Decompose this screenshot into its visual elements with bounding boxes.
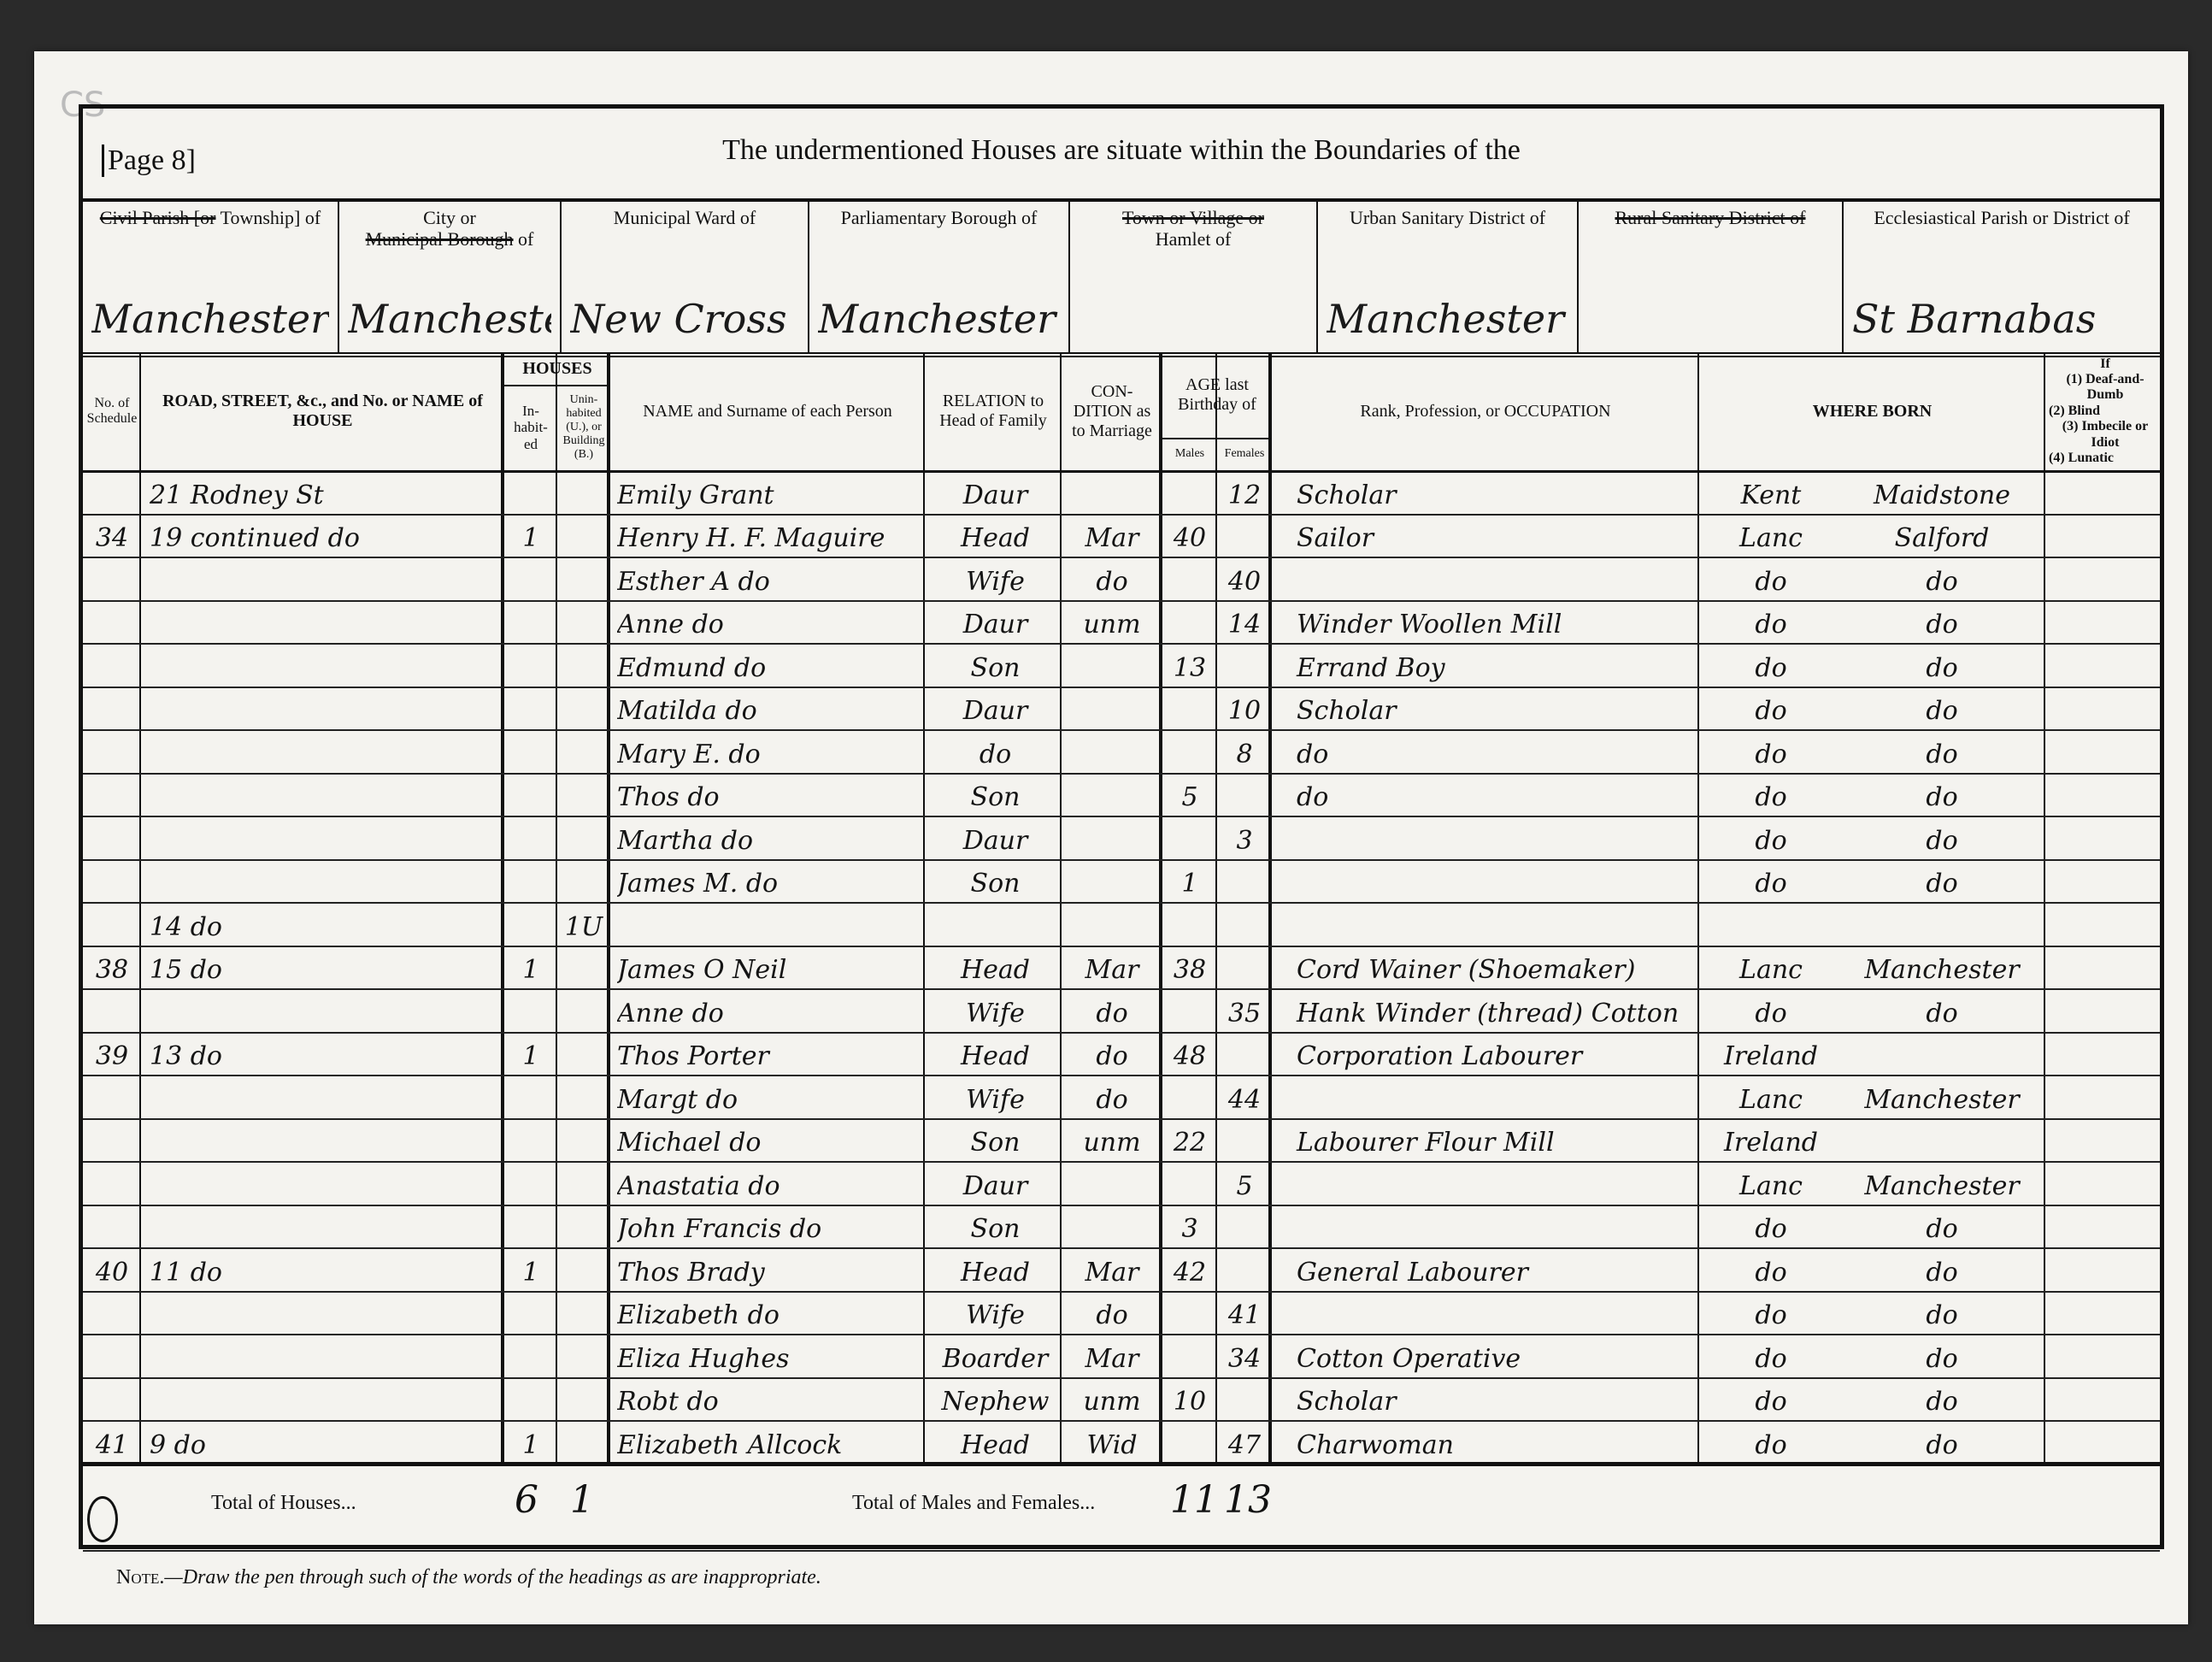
cell-schedule: 39 xyxy=(83,1032,141,1076)
note-prefix: Note. xyxy=(116,1566,164,1588)
cell-name: Thos do xyxy=(617,773,925,816)
total-inhabited: 6 xyxy=(515,1478,538,1522)
cell-name: Anne do xyxy=(617,988,925,1032)
table-row: John Francis doSon3dodo xyxy=(83,1205,2160,1250)
cell-street: 11 do xyxy=(150,1247,500,1291)
cell-condition xyxy=(1062,859,1162,903)
cell-condition: unm xyxy=(1062,1118,1162,1162)
header-females: Females xyxy=(1217,438,1272,470)
cell-born-county: do xyxy=(1707,687,1835,730)
cell-schedule: 40 xyxy=(83,1247,141,1291)
cell-occupation: do xyxy=(1280,729,1698,773)
cell-relation: Wife xyxy=(929,988,1062,1032)
cell-occupation: Scholar xyxy=(1280,687,1698,730)
admin-ward: Municipal Ward of New Cross xyxy=(562,198,809,352)
cell-born-place: do xyxy=(1844,643,2040,687)
cell-occupation xyxy=(1280,816,1698,859)
cell-name: Elizabeth do xyxy=(617,1291,925,1335)
cell-street xyxy=(150,643,500,687)
cell-relation: Head xyxy=(929,514,1062,557)
cell-condition xyxy=(1062,816,1162,859)
table-row: 14 do1U xyxy=(83,902,2160,947)
cell-name: Mary E. do xyxy=(617,729,925,773)
cell-male: 48 xyxy=(1162,1032,1217,1076)
cell-female: 35 xyxy=(1217,988,1272,1032)
cell-occupation xyxy=(1280,1161,1698,1205)
cell-street: 14 do xyxy=(150,902,500,946)
cell-born-county xyxy=(1707,902,1835,946)
cell-born-county: do xyxy=(1707,600,1835,644)
cell-male: 10 xyxy=(1162,1377,1217,1421)
header-occupation: Rank, Profession, or OCCUPATION xyxy=(1272,352,1699,470)
cell-female xyxy=(1217,946,1272,989)
struck-heading: Town or Village or xyxy=(1122,207,1264,228)
cell-female xyxy=(1217,1377,1272,1421)
cell-male: 40 xyxy=(1162,514,1217,557)
cell-name: Robt do xyxy=(617,1377,925,1421)
cell-relation: Boarder xyxy=(929,1334,1062,1377)
cell-born-place: Manchester xyxy=(1844,1075,2040,1118)
cell-relation xyxy=(929,902,1062,946)
cell-condition xyxy=(1062,773,1162,816)
cell-schedule xyxy=(83,1291,141,1335)
admin-heading: Municipal Ward of xyxy=(562,198,808,228)
table-header: No. of Schedule ROAD, STREET, &c., and N… xyxy=(83,352,2160,473)
admin-parliamentary-borough: Parliamentary Borough of Manchester xyxy=(809,198,1070,352)
cell-occupation: Scholar xyxy=(1280,1377,1698,1421)
admin-value: Manchester xyxy=(91,296,329,342)
cell-born-county: do xyxy=(1707,1377,1835,1421)
cell-female: 40 xyxy=(1217,557,1272,600)
cell-uninhabited xyxy=(557,859,610,903)
cell-female xyxy=(1217,1247,1272,1291)
cell-schedule xyxy=(83,1334,141,1377)
table-row: 419 do1Elizabeth AllcockHeadWid47Charwom… xyxy=(83,1420,2160,1465)
cell-schedule xyxy=(83,1118,141,1162)
cell-male xyxy=(1162,1075,1217,1118)
cell-male xyxy=(1162,1291,1217,1335)
cell-female xyxy=(1217,773,1272,816)
total-males: 11 xyxy=(1170,1478,1218,1522)
cell-born-place: Salford xyxy=(1844,514,2040,557)
cell-inhabited: 1 xyxy=(504,1032,557,1076)
cell-inhabited xyxy=(504,1161,557,1205)
cell-relation: Daur xyxy=(929,816,1062,859)
cell-born-county: Lanc xyxy=(1707,1161,1835,1205)
cell-street xyxy=(150,1118,500,1162)
cell-uninhabited xyxy=(557,988,610,1032)
cell-born-county: do xyxy=(1707,557,1835,600)
cell-condition: unm xyxy=(1062,600,1162,644)
total-females: 13 xyxy=(1224,1478,1272,1522)
note-text: —Draw the pen through such of the words … xyxy=(164,1566,821,1588)
infirmity-lunatic: (4) Lunatic xyxy=(2049,451,2114,466)
cell-occupation: Cord Wainer (Shoemaker) xyxy=(1280,946,1698,989)
cell-born-place: Maidstone xyxy=(1844,470,2040,514)
cell-born-place: do xyxy=(1844,1420,2040,1464)
cell-uninhabited: 1U xyxy=(557,902,610,946)
cell-male xyxy=(1162,600,1217,644)
table-row: 3815 do1James O NeilHeadMar38Cord Wainer… xyxy=(83,946,2160,991)
cell-condition xyxy=(1062,1161,1162,1205)
cell-uninhabited xyxy=(557,470,610,514)
cell-born-county: Lanc xyxy=(1707,514,1835,557)
cell-name: James M. do xyxy=(617,859,925,903)
cell-born-place: do xyxy=(1844,600,2040,644)
cell-schedule xyxy=(83,687,141,730)
total-persons-label: Total of Males and Females... xyxy=(852,1492,1095,1515)
cell-schedule xyxy=(83,816,141,859)
admin-heading: of xyxy=(514,228,534,250)
cell-name: Edmund do xyxy=(617,643,925,687)
cell-male: 1 xyxy=(1162,859,1217,903)
cell-female: 3 xyxy=(1217,816,1272,859)
table-row: Anastatia doDaur5LancManchester xyxy=(83,1161,2160,1206)
cell-name: James O Neil xyxy=(617,946,925,989)
cell-born-county: do xyxy=(1707,988,1835,1032)
table-row: Esther A doWifedo40dodo xyxy=(83,557,2160,602)
cell-inhabited xyxy=(504,1334,557,1377)
cell-relation: Daur xyxy=(929,470,1062,514)
header-houses: HOUSES xyxy=(504,352,610,385)
header-condition: CON-DITION as to Marriage xyxy=(1062,352,1162,470)
cell-female: 44 xyxy=(1217,1075,1272,1118)
cell-name: Thos Porter xyxy=(617,1032,925,1076)
cell-female xyxy=(1217,514,1272,557)
cell-schedule xyxy=(83,470,141,514)
cell-born-place: do xyxy=(1844,859,2040,903)
table-row: 3419 continued do1Henry H. F. MaguireHea… xyxy=(83,514,2160,559)
cell-uninhabited xyxy=(557,1420,610,1464)
cell-uninhabited xyxy=(557,816,610,859)
cell-schedule xyxy=(83,1377,141,1421)
table-row: Anne doWifedo35Hank Winder (thread) Cott… xyxy=(83,988,2160,1034)
cell-born-place xyxy=(1844,902,2040,946)
cell-street xyxy=(150,988,500,1032)
cell-condition xyxy=(1062,470,1162,514)
cell-relation: Daur xyxy=(929,1161,1062,1205)
cell-schedule: 41 xyxy=(83,1420,141,1464)
cell-name: Margt do xyxy=(617,1075,925,1118)
cell-born-county: Ireland xyxy=(1707,1118,1835,1162)
cell-schedule: 38 xyxy=(83,946,141,989)
cell-street: 9 do xyxy=(150,1420,500,1464)
header-infirmity: If (1) Deaf-and-Dumb (2) Blind (3) Imbec… xyxy=(2045,352,2165,470)
admin-town: Town or Village orHamlet of xyxy=(1070,198,1318,352)
admin-city: City orMunicipal Borough of Manchester xyxy=(339,198,562,352)
cell-condition: Wid xyxy=(1062,1420,1162,1464)
cell-occupation: Cotton Operative xyxy=(1280,1334,1698,1377)
cell-inhabited: 1 xyxy=(504,514,557,557)
cell-male: 3 xyxy=(1162,1205,1217,1248)
cell-male xyxy=(1162,902,1217,946)
table-row: Martha doDaur3dodo xyxy=(83,816,2160,861)
cell-male: 42 xyxy=(1162,1247,1217,1291)
cell-born-county: do xyxy=(1707,773,1835,816)
cell-born-place: do xyxy=(1844,988,2040,1032)
cell-born-county: Kent xyxy=(1707,470,1835,514)
cell-born-county: do xyxy=(1707,729,1835,773)
cell-born-place: Manchester xyxy=(1844,1161,2040,1205)
cell-inhabited xyxy=(504,729,557,773)
cell-name xyxy=(617,902,925,946)
header-uninhabited: Unin-habited (U.), or Building (B.) xyxy=(557,385,610,470)
total-uninhabited: 1 xyxy=(570,1478,594,1522)
cell-born-county: do xyxy=(1707,1205,1835,1248)
cell-uninhabited xyxy=(557,514,610,557)
cell-male xyxy=(1162,988,1217,1032)
cell-born-county: Lanc xyxy=(1707,1075,1835,1118)
cell-uninhabited xyxy=(557,600,610,644)
cell-inhabited xyxy=(504,859,557,903)
header-name: NAME and Surname of each Person xyxy=(610,352,925,470)
admin-urban-sanitary: Urban Sanitary District of Manchester xyxy=(1318,198,1579,352)
cell-born-place: do xyxy=(1844,816,2040,859)
table-row: Edmund doSon13Errand Boydodo xyxy=(83,643,2160,688)
census-form: Page 8] The undermentioned Houses are si… xyxy=(79,104,2164,1549)
cell-female: 5 xyxy=(1217,1161,1272,1205)
cell-male xyxy=(1162,557,1217,600)
cell-condition: unm xyxy=(1062,1377,1162,1421)
cell-schedule xyxy=(83,557,141,600)
footnote: Note.—Draw the pen through such of the w… xyxy=(116,1566,821,1589)
cell-female: 14 xyxy=(1217,600,1272,644)
cell-uninhabited xyxy=(557,1032,610,1076)
cell-born-place: do xyxy=(1844,1247,2040,1291)
table-row: Mary E. dodo8dododo xyxy=(83,729,2160,775)
admin-value: Manchester xyxy=(348,296,551,342)
cell-born-county: do xyxy=(1707,859,1835,903)
cell-schedule xyxy=(83,859,141,903)
cell-name: Matilda do xyxy=(617,687,925,730)
cell-condition: do xyxy=(1062,1075,1162,1118)
cell-occupation xyxy=(1280,859,1698,903)
admin-heading: Hamlet of xyxy=(1156,228,1232,250)
admin-civil-parish: Civil Parish [or Township] of Manchester xyxy=(83,198,339,352)
cell-condition: Mar xyxy=(1062,514,1162,557)
cell-born-county: do xyxy=(1707,816,1835,859)
table-row: Eliza HughesBoarderMar34Cotton Operative… xyxy=(83,1334,2160,1379)
admin-heading: Urban Sanitary District of xyxy=(1318,198,1577,228)
cell-inhabited: 1 xyxy=(504,1420,557,1464)
cell-street xyxy=(150,816,500,859)
header-males: Males xyxy=(1162,438,1217,470)
cell-inhabited xyxy=(504,687,557,730)
cell-born-county: Ireland xyxy=(1707,1032,1835,1076)
cell-name: Eliza Hughes xyxy=(617,1334,925,1377)
cell-female: 41 xyxy=(1217,1291,1272,1335)
admin-value: Manchester xyxy=(818,296,1060,342)
cell-condition: Mar xyxy=(1062,1334,1162,1377)
cell-street: 15 do xyxy=(150,946,500,989)
cell-schedule xyxy=(83,1161,141,1205)
cell-born-county: do xyxy=(1707,643,1835,687)
cell-female: 34 xyxy=(1217,1334,1272,1377)
cell-inhabited xyxy=(504,816,557,859)
cell-street xyxy=(150,557,500,600)
header-street: ROAD, STREET, &c., and No. or NAME of HO… xyxy=(141,352,504,470)
admin-heading: Township] of xyxy=(215,207,321,228)
cell-occupation xyxy=(1280,1291,1698,1335)
cell-uninhabited xyxy=(557,1075,610,1118)
cell-street: 21 Rodney St xyxy=(150,470,500,514)
cell-occupation: Corporation Labourer xyxy=(1280,1032,1698,1076)
cell-condition: Mar xyxy=(1062,1247,1162,1291)
cell-inhabited xyxy=(504,1075,557,1118)
cell-male xyxy=(1162,687,1217,730)
cell-born-place: do xyxy=(1844,773,2040,816)
cell-inhabited xyxy=(504,902,557,946)
cell-relation: Wife xyxy=(929,1075,1062,1118)
cell-female xyxy=(1217,643,1272,687)
admin-heading: Parliamentary Borough of xyxy=(809,198,1068,228)
cell-name: Anne do xyxy=(617,600,925,644)
cell-inhabited xyxy=(504,470,557,514)
cell-male xyxy=(1162,1334,1217,1377)
cell-uninhabited xyxy=(557,687,610,730)
admin-value: New Cross xyxy=(570,296,799,342)
table-row: Michael doSonunm22Labourer Flour MillIre… xyxy=(83,1118,2160,1164)
cell-condition xyxy=(1062,729,1162,773)
admin-districts: Civil Parish [or Township] of Manchester… xyxy=(83,198,2160,357)
table-row: Margt doWifedo44LancManchester xyxy=(83,1075,2160,1120)
cell-female xyxy=(1217,1118,1272,1162)
cell-inhabited xyxy=(504,988,557,1032)
cell-relation: Son xyxy=(929,1118,1062,1162)
cell-schedule xyxy=(83,729,141,773)
cell-relation: Wife xyxy=(929,557,1062,600)
table-row: 21 Rodney StEmily GrantDaur12ScholarKent… xyxy=(83,470,2160,516)
cell-born-place: do xyxy=(1844,1291,2040,1335)
cell-born-place xyxy=(1844,1032,2040,1076)
cell-condition xyxy=(1062,687,1162,730)
header-age: AGE last Birthday of xyxy=(1162,352,1272,438)
cell-condition: Mar xyxy=(1062,946,1162,989)
cell-condition xyxy=(1062,643,1162,687)
cell-inhabited xyxy=(504,1377,557,1421)
cell-born-place: do xyxy=(1844,557,2040,600)
cell-street xyxy=(150,687,500,730)
cell-relation: Son xyxy=(929,643,1062,687)
table-row: James M. doSon1dodo xyxy=(83,859,2160,905)
table-row: Thos doSon5dododo xyxy=(83,773,2160,818)
header-relation: RELATION to Head of Family xyxy=(925,352,1062,470)
cell-occupation: Hank Winder (thread) Cotton xyxy=(1280,988,1698,1032)
form-title: The undermentioned Houses are situate wi… xyxy=(83,134,2160,167)
cell-condition xyxy=(1062,1205,1162,1248)
cell-female xyxy=(1217,859,1272,903)
admin-ecclesiastical: Ecclesiastical Parish or District of St … xyxy=(1844,198,2160,352)
infirmity-blind: (2) Blind xyxy=(2049,404,2100,419)
cell-inhabited: 1 xyxy=(504,946,557,989)
cell-inhabited xyxy=(504,1118,557,1162)
cell-uninhabited xyxy=(557,1118,610,1162)
cell-male: 22 xyxy=(1162,1118,1217,1162)
cell-occupation: do xyxy=(1280,773,1698,816)
cell-occupation xyxy=(1280,1205,1698,1248)
cell-uninhabited xyxy=(557,946,610,989)
table-row: Elizabeth doWifedo41dodo xyxy=(83,1291,2160,1336)
cell-born-place: do xyxy=(1844,1205,2040,1248)
cell-relation: Son xyxy=(929,773,1062,816)
table-row: Matilda doDaur10Scholardodo xyxy=(83,687,2160,732)
cell-schedule xyxy=(83,1205,141,1248)
cell-occupation: Winder Woollen Mill xyxy=(1280,600,1698,644)
census-sheet: CS Page 8] The undermentioned Houses are… xyxy=(34,51,2188,1624)
cell-female xyxy=(1217,902,1272,946)
admin-value: Manchester xyxy=(1327,296,1568,342)
cell-uninhabited xyxy=(557,773,610,816)
cell-female: 47 xyxy=(1217,1420,1272,1464)
cell-born-county: do xyxy=(1707,1291,1835,1335)
struck-heading: Municipal Borough xyxy=(366,228,514,250)
cell-condition: do xyxy=(1062,1291,1162,1335)
cell-name: John Francis do xyxy=(617,1205,925,1248)
cell-inhabited: 1 xyxy=(504,1247,557,1291)
cell-condition xyxy=(1062,902,1162,946)
infirmity-imbecile: (3) Imbecile or Idiot xyxy=(2049,419,2162,451)
cell-male xyxy=(1162,470,1217,514)
stamp-mark xyxy=(87,1496,118,1542)
cell-born-place: do xyxy=(1844,687,2040,730)
cell-relation: Head xyxy=(929,946,1062,989)
header-where-born: WHERE BORN xyxy=(1699,352,2045,470)
cell-name: Emily Grant xyxy=(617,470,925,514)
cell-occupation: Sailor xyxy=(1280,514,1698,557)
struck-heading: Civil Parish [or xyxy=(100,207,216,228)
cell-schedule xyxy=(83,902,141,946)
cell-female xyxy=(1217,1205,1272,1248)
cell-name: Elizabeth Allcock xyxy=(617,1420,925,1464)
cell-male xyxy=(1162,1161,1217,1205)
cell-name: Martha do xyxy=(617,816,925,859)
cell-occupation xyxy=(1280,1075,1698,1118)
cell-street xyxy=(150,1205,500,1248)
cell-occupation: Charwoman xyxy=(1280,1420,1698,1464)
cell-occupation: Errand Boy xyxy=(1280,643,1698,687)
cell-street xyxy=(150,1334,500,1377)
cell-name: Henry H. F. Maguire xyxy=(617,514,925,557)
admin-value: St Barnabas xyxy=(1852,296,2151,342)
cell-relation: Head xyxy=(929,1032,1062,1076)
cell-inhabited xyxy=(504,557,557,600)
cell-born-county: do xyxy=(1707,1334,1835,1377)
struck-heading: Rural Sanitary District of xyxy=(1615,207,1805,228)
cell-relation: Head xyxy=(929,1420,1062,1464)
cell-name: Esther A do xyxy=(617,557,925,600)
cell-street xyxy=(150,1161,500,1205)
cell-occupation xyxy=(1280,557,1698,600)
admin-heading: Ecclesiastical Parish or District of xyxy=(1844,198,2160,228)
cell-relation: Head xyxy=(929,1247,1062,1291)
table-row: 3913 do1Thos PorterHeaddo48Corporation L… xyxy=(83,1032,2160,1077)
table-row: Anne doDaurunm14Winder Woollen Milldodo xyxy=(83,600,2160,645)
cell-street xyxy=(150,729,500,773)
cell-female: 12 xyxy=(1217,470,1272,514)
cell-schedule xyxy=(83,773,141,816)
cell-inhabited xyxy=(504,1291,557,1335)
cell-uninhabited xyxy=(557,557,610,600)
cell-schedule xyxy=(83,643,141,687)
infirmity-deaf-dumb: (1) Deaf-and-Dumb xyxy=(2049,372,2162,404)
cell-street: 19 continued do xyxy=(150,514,500,557)
cell-male xyxy=(1162,816,1217,859)
cell-born-place: do xyxy=(1844,729,2040,773)
cell-male: 38 xyxy=(1162,946,1217,989)
cell-female xyxy=(1217,1032,1272,1076)
cell-street xyxy=(150,1075,500,1118)
cell-street: 13 do xyxy=(150,1032,500,1076)
